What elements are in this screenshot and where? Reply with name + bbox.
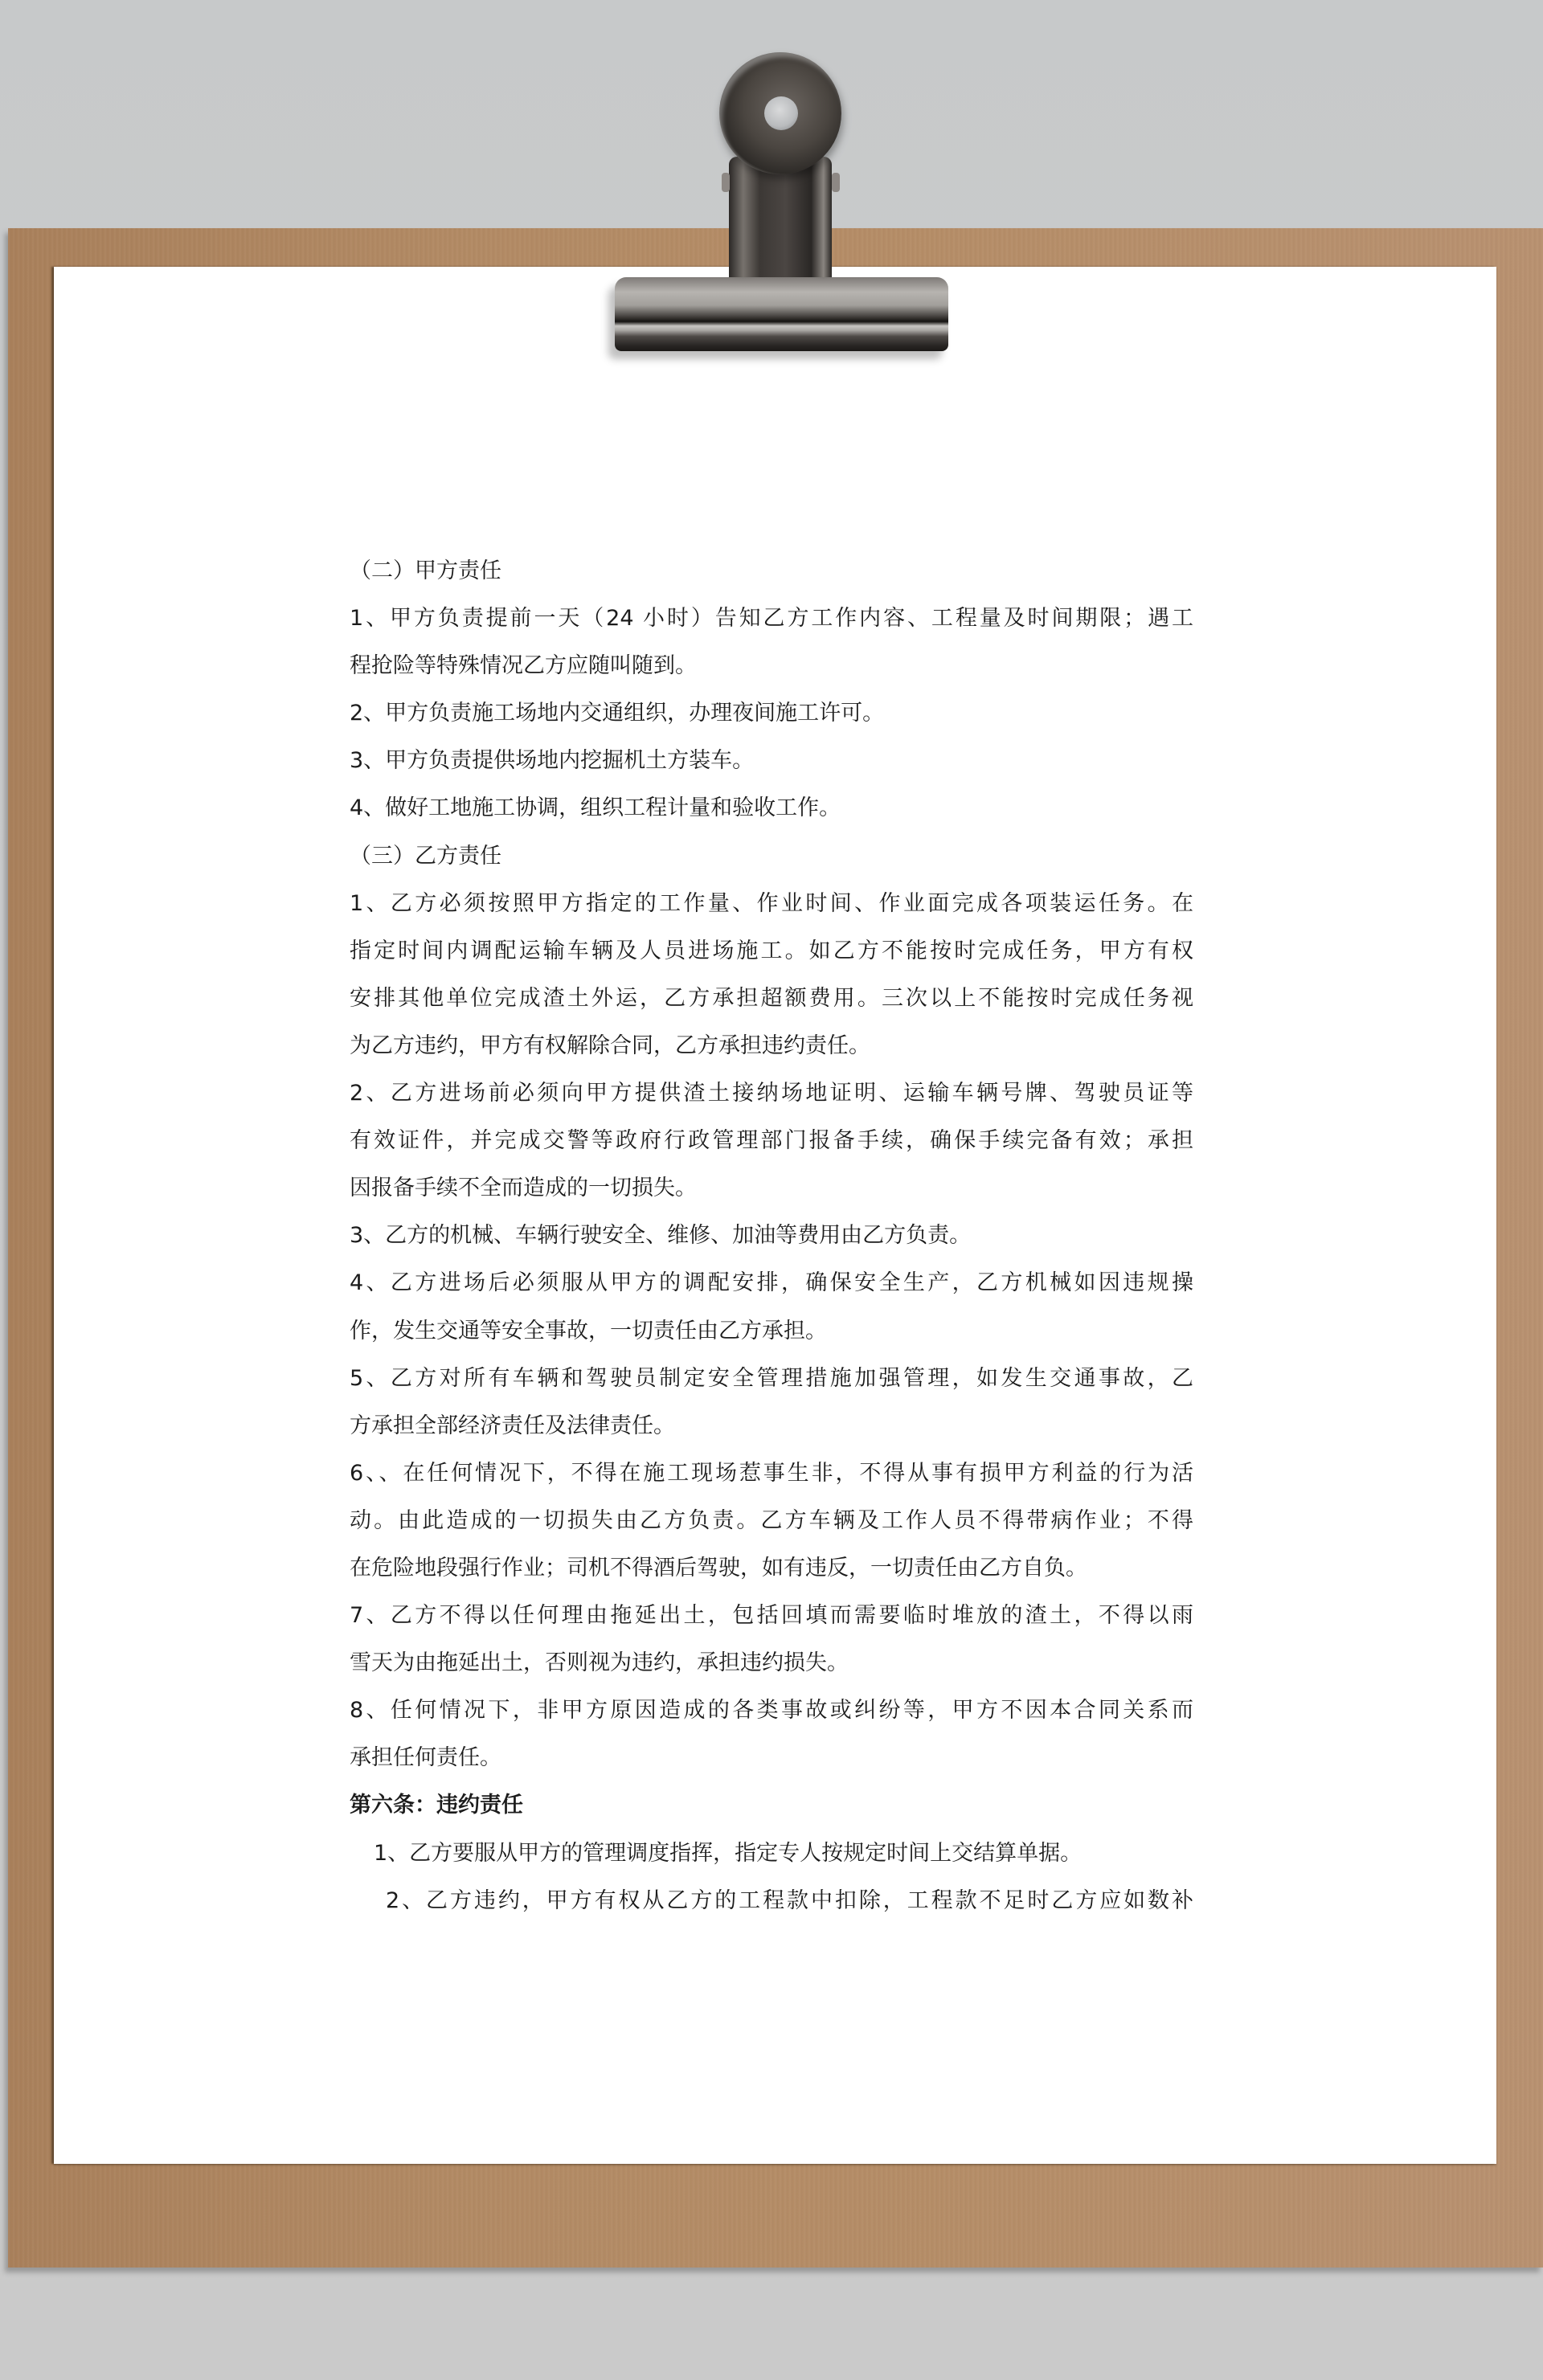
clause-line: 有效证件，并完成交警等政府行政管理部门报备手续，确保手续完备有效；承担 [350, 1117, 1193, 1164]
clause-line: 为乙方违约，甲方有权解除合同，乙方承担违约责任。 [350, 1022, 1193, 1069]
clip-jaw [615, 277, 948, 351]
binder-clip-icon [611, 44, 952, 354]
clause-line: 在危险地段强行作业；司机不得酒后驾驶，如有违反，一切责任由乙方自负。 [350, 1544, 1193, 1592]
clause-line: 1、甲方负责提前一天（24 小时）告知乙方工作内容、工程量及时间期限；遇工 [350, 595, 1193, 642]
clause-line: 1、乙方要服从甲方的管理调度指挥，指定专人按规定时间上交结算单据。 [350, 1830, 1193, 1877]
clip-ring [719, 52, 841, 174]
clause-line: 因报备手续不全而造成的一切损失。 [350, 1164, 1193, 1212]
clause-line: 4、做好工地施工协调，组织工程计量和验收工作。 [350, 784, 1193, 832]
clause-line: 雪天为由拖延出土，否则视为违约，承担违约损失。 [350, 1639, 1193, 1687]
clause-line: 指定时间内调配运输车辆及人员进场施工。如乙方不能按时完成任务，甲方有权 [350, 927, 1193, 975]
clip-hinge-left [722, 173, 730, 192]
clause-line: 2、甲方负责施工场地内交通组织，办理夜间施工许可。 [350, 689, 1193, 737]
clause-line: 4、乙方进场后必须服从甲方的调配安排，确保安全生产，乙方机械如因违规操 [350, 1259, 1193, 1307]
clause-line: 安排其他单位完成渣土外运，乙方承担超额费用。三次以上不能按时完成任务视 [350, 975, 1193, 1022]
clause-line: 动。由此造成的一切损失由乙方负责。乙方车辆及工作人员不得带病作业；不得 [350, 1497, 1193, 1544]
article-heading-breach: 第六条：违约责任 [350, 1781, 1193, 1829]
document-body: （二）甲方责任 1、甲方负责提前一天（24 小时）告知乙方工作内容、工程量及时间… [350, 547, 1193, 1924]
clause-line: 3、乙方的机械、车辆行驶安全、维修、加油等费用由乙方负责。 [350, 1212, 1193, 1259]
clause-line: 6、、在任何情况下，不得在施工现场惹事生非，不得从事有损甲方利益的行为活 [350, 1450, 1193, 1497]
clip-hinge-right [832, 173, 840, 192]
section-heading-party-b: （三）乙方责任 [350, 832, 1193, 880]
clause-line: 1、乙方必须按照甲方指定的工作量、作业时间、作业面完成各项装运任务。在 [350, 880, 1193, 927]
clause-line: 程抢险等特殊情况乙方应随叫随到。 [350, 642, 1193, 689]
clause-line: 2、乙方违约，甲方有权从乙方的工程款中扣除，工程款不足时乙方应如数补 [350, 1877, 1193, 1924]
clause-line: 2、乙方进场前必须向甲方提供渣土接纳场地证明、运输车辆号牌、驾驶员证等 [350, 1069, 1193, 1117]
section-heading-party-a: （二）甲方责任 [350, 547, 1193, 595]
clause-line: 5、乙方对所有车辆和驾驶员制定安全管理措施加强管理，如发生交通事故，乙 [350, 1355, 1193, 1402]
clause-line: 3、甲方负责提供场地内挖掘机土方装车。 [350, 737, 1193, 784]
clause-line: 作，发生交通等安全事故，一切责任由乙方承担。 [350, 1307, 1193, 1355]
clause-line: 7、乙方不得以任何理由拖延出土，包括回填而需要临时堆放的渣土，不得以雨 [350, 1592, 1193, 1639]
clip-stem [729, 157, 832, 289]
clip-ring-hole [764, 96, 798, 130]
clause-line: 方承担全部经济责任及法律责任。 [350, 1402, 1193, 1450]
clause-line: 承担任何责任。 [350, 1734, 1193, 1781]
clause-line: 8、任何情况下，非甲方原因造成的各类事故或纠纷等，甲方不因本合同关系而 [350, 1687, 1193, 1734]
